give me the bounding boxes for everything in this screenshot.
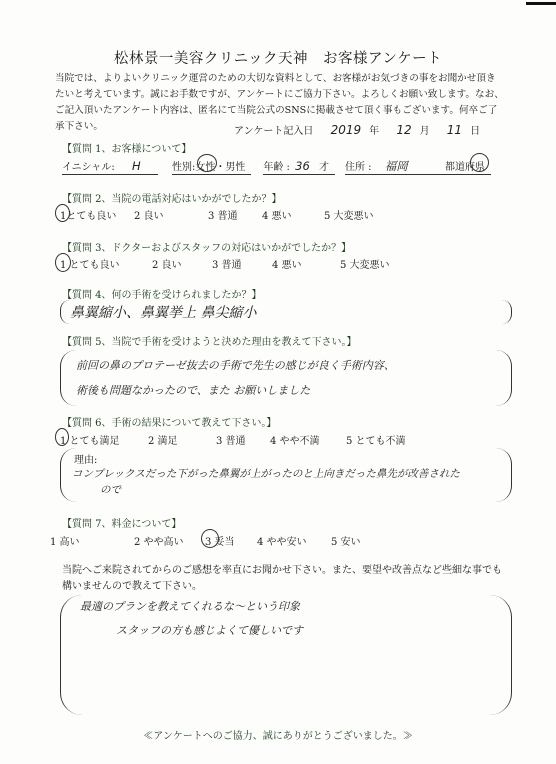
q6-option-label: 5 とても不満 [346, 436, 406, 447]
q6-selected-circle [55, 428, 69, 446]
q2-option-2[interactable]: 2 良い [134, 207, 208, 222]
q7-selected-circle [201, 529, 219, 548]
q5-heading: 【質問 5、当院で手術を受けようと決めた理由を教えて下さい。】 [62, 333, 357, 348]
initial-field: イニシャル: H [62, 158, 158, 175]
q7-option-2[interactable]: 2 やや高い [134, 533, 205, 548]
address-selected-circle [470, 153, 489, 172]
q2-option-label: 3 普通 [208, 211, 238, 222]
date-label: アンケート記入日 [234, 126, 313, 137]
q3-option-label: 2 良い [152, 260, 182, 271]
q2-heading: 【質問 2、当院の電話対応はいかがでしたか？】 [62, 190, 282, 205]
q3-selected-circle [55, 253, 71, 272]
q3-option-5[interactable]: 5 大変悪い [340, 256, 390, 271]
q6-reason-line-1: コンプレックスだった下がった鼻翼が上がったのと上向きだった鼻先が改善された [72, 466, 460, 481]
q1-fields: イニシャル: H 性別:女性・男性 年齢 : 36 才 住所 : 福岡 都道府県 [62, 158, 491, 175]
q2-option-label: 5 大変悪い [324, 211, 374, 222]
age-unit: 才 [319, 162, 329, 173]
q4-answer: 鼻翼縮小、鼻翼挙上 鼻尖縮小 [70, 302, 256, 322]
age-field: 年齢 : 36 才 [263, 158, 335, 175]
q7-option-label: 5 安い [331, 537, 361, 548]
q7-option-label: 1 高い [50, 537, 80, 548]
q2-option-4[interactable]: 4 悪い [262, 207, 324, 222]
initial-label: イニシャル: [62, 162, 115, 173]
initial-value: H [132, 159, 141, 173]
q3-option-2[interactable]: 2 良い [152, 256, 212, 271]
q2-option-5[interactable]: 5 大変悪い [324, 207, 374, 222]
date-day: 11 [447, 123, 462, 137]
q6-reason-line-2: ので [100, 482, 121, 497]
scan-corner-mark [526, 2, 556, 5]
q6-heading: 【質問 6、手術の結果について教えて下さい。】 [62, 414, 276, 429]
q3-options: 1 とても良い 2 良い 3 普通 4 悪い 5 大変悪い [56, 256, 390, 271]
q6-reason-label: 理由: [74, 451, 97, 466]
address-field: 住所 : 福岡 都道府県 [345, 158, 491, 175]
feedback-intro: 当院へご来院されてからのご感想を率直にお聞かせ下さい。また、要望や改善点など些細… [62, 563, 502, 595]
q2-option-label: 2 良い [134, 211, 164, 222]
survey-date: アンケート記入日 2019年 12月 11日 [234, 122, 480, 137]
feedback-answer-line-2: スタッフの方も感じよくて優しいです [116, 622, 303, 638]
q7-options: 1 高い 2 やや高い 3 妥当 4 やや安い 5 安い [50, 533, 361, 548]
age-value: 36 [295, 159, 310, 173]
q6-option-3[interactable]: 3 普通 [216, 432, 270, 447]
survey-title: 松林景一美容クリニック天神 お客様アンケート [0, 47, 556, 68]
date-year: 2019 [331, 123, 362, 137]
date-day-unit: 日 [470, 126, 480, 137]
q3-heading: 【質問 3、ドクターおよびスタッフの対応はいかがでしたか？】 [62, 239, 351, 254]
date-month-unit: 月 [420, 126, 430, 137]
q6-option-1[interactable]: 1 とても満足 [56, 432, 148, 447]
q6-option-label: 2 満足 [148, 436, 178, 447]
q3-option-label: 5 大変悪い [340, 260, 390, 271]
q6-options: 1 とても満足 2 満足 3 普通 4 やや不満 5 とても不満 [56, 432, 406, 447]
q7-option-4[interactable]: 4 やや安い [257, 533, 331, 548]
gender-selected-circle [197, 154, 217, 172]
q3-option-label: 3 普通 [212, 260, 242, 271]
q5-answer-line-2: 術後も問題なかったので、また お願いしました [76, 382, 310, 398]
q5-answer-line-1: 前回の鼻のプロテーゼ抜去の手術で先生の感じが良く手術内容、 [76, 357, 395, 373]
q6-option-label: 4 やや不満 [270, 436, 320, 447]
q7-option-5[interactable]: 5 安い [331, 533, 361, 548]
q6-option-2[interactable]: 2 満足 [148, 432, 216, 447]
address-label: 住所 : [345, 162, 372, 173]
q6-option-4[interactable]: 4 やや不満 [270, 432, 346, 447]
q7-option-label: 4 やや安い [257, 537, 307, 548]
q7-option-1[interactable]: 1 高い [50, 533, 134, 548]
q7-heading: 【質問 7、料金について】 [62, 515, 181, 530]
date-month: 12 [396, 123, 411, 137]
address-value: 福岡 [385, 159, 408, 173]
footer-thanks: ≪アンケートへのご協力、誠にありがとうございました。≫ [0, 727, 556, 742]
q3-option-4[interactable]: 4 悪い [272, 256, 340, 271]
q6-option-5[interactable]: 5 とても不満 [346, 432, 406, 447]
q2-option-3[interactable]: 3 普通 [208, 207, 262, 222]
q3-option-1[interactable]: 1 とても良い [56, 256, 152, 271]
q2-options: 1とても良い 2 良い 3 普通 4 悪い 5 大変悪い [56, 207, 374, 222]
q4-heading: 【質問 4、何の手術を受けられましたか？】 [62, 286, 262, 301]
age-label: 年齢 : [263, 162, 290, 173]
q2-option-1[interactable]: 1とても良い [56, 207, 134, 222]
gender-label: 性別: [172, 162, 195, 173]
q6-option-label: 3 普通 [216, 436, 246, 447]
gender-field: 性別:女性・男性 [172, 158, 251, 175]
q2-selected-circle [55, 204, 70, 222]
feedback-answer-line-1: 最適のプランを教えてくれるな〜という印象 [80, 598, 300, 614]
q7-option-3[interactable]: 3 妥当 [205, 533, 257, 548]
date-year-unit: 年 [369, 126, 379, 137]
q3-option-3[interactable]: 3 普通 [212, 256, 272, 271]
q1-heading: 【質問 1、お客様について】 [62, 140, 191, 155]
q2-option-label: 4 悪い [262, 211, 292, 222]
q7-option-label: 2 やや高い [134, 537, 184, 548]
q3-option-label: 4 悪い [272, 260, 302, 271]
